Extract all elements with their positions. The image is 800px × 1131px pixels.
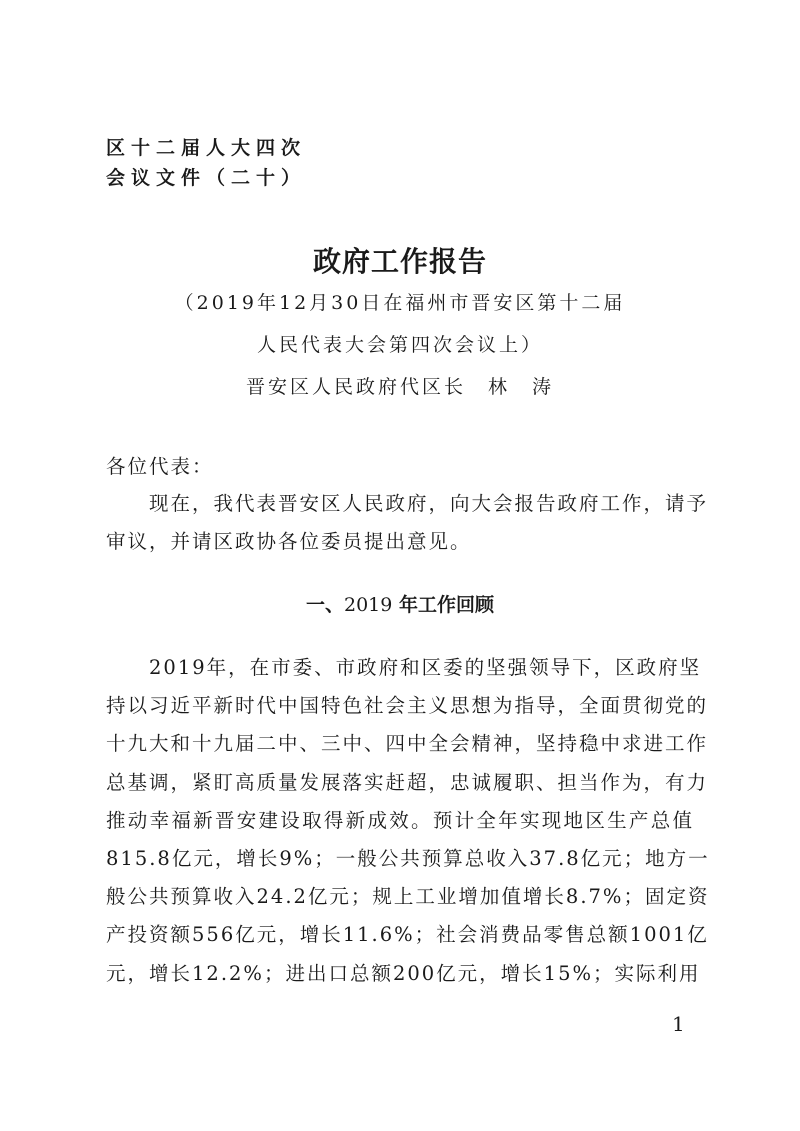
paragraph-line: 2019年，在市委、市政府和区委的坚强领导下，区政府坚 <box>106 649 694 687</box>
paragraph-line: 持以习近平新时代中国特色社会主义思想为指导，全面贯彻党的 <box>106 687 694 725</box>
paragraph-line: 般公共预算收入24.2亿元；规上工业增加值增长8.7%；固定资 <box>106 878 694 916</box>
paragraph-line: 元，增长12.2%；进出口总额200亿元，增长15%；实际利用 <box>106 955 694 993</box>
document-title: 政府工作报告 <box>0 244 800 280</box>
subtitle-line1: （2019年12月30日在福州市晋安区第十二届 <box>0 290 800 316</box>
salutation: 各位代表： <box>106 454 214 480</box>
page-number: 1 <box>672 1012 685 1036</box>
speaker-line: 晋安区人民政府代区长 林 涛 <box>0 374 800 400</box>
paragraph-line: 推动幸福新晋安建设取得新成效。预计全年实现地区生产总值 <box>106 802 694 840</box>
section-heading-year: 2019 <box>344 594 392 616</box>
review-paragraph: 2019年，在市委、市政府和区委的坚强领导下，区政府坚 持以习近平新时代中国特色… <box>106 649 694 993</box>
paragraph-line: 审议，并请区政协各位委员提出意见。 <box>106 523 694 561</box>
paragraph-line: 十九大和十九届二中、三中、四中全会精神，坚持稳中求进工作 <box>106 725 694 763</box>
paragraph-line: 产投资额556亿元，增长11.6%；社会消费品零售总额1001亿 <box>106 916 694 954</box>
file-label-line2: 会议文件（二十） <box>106 166 306 190</box>
paragraph-line: 现在，我代表晋安区人民政府，向大会报告政府工作，请予 <box>106 485 694 523</box>
paragraph-line: 815.8亿元，增长9%；一般公共预算总收入37.8亿元；地方一 <box>106 840 694 878</box>
document-page: 区十二届人大四次 会议文件（二十） 政府工作报告 （2019年12月30日在福州… <box>0 0 800 1131</box>
section-heading-suffix: 年工作回顾 <box>399 594 494 616</box>
section-heading-prefix: 一、 <box>306 594 344 616</box>
file-label-line1: 区十二届人大四次 <box>106 136 306 160</box>
paragraph-line: 总基调，紧盯高质量发展落实赶超，忠诚履职、担当作为，有力 <box>106 764 694 802</box>
intro-paragraph: 现在，我代表晋安区人民政府，向大会报告政府工作，请予 审议，并请区政协各位委员提… <box>106 485 694 561</box>
subtitle-line2: 人民代表大会第四次会议上） <box>0 332 800 358</box>
section-heading: 一、2019 年工作回顾 <box>0 592 800 618</box>
